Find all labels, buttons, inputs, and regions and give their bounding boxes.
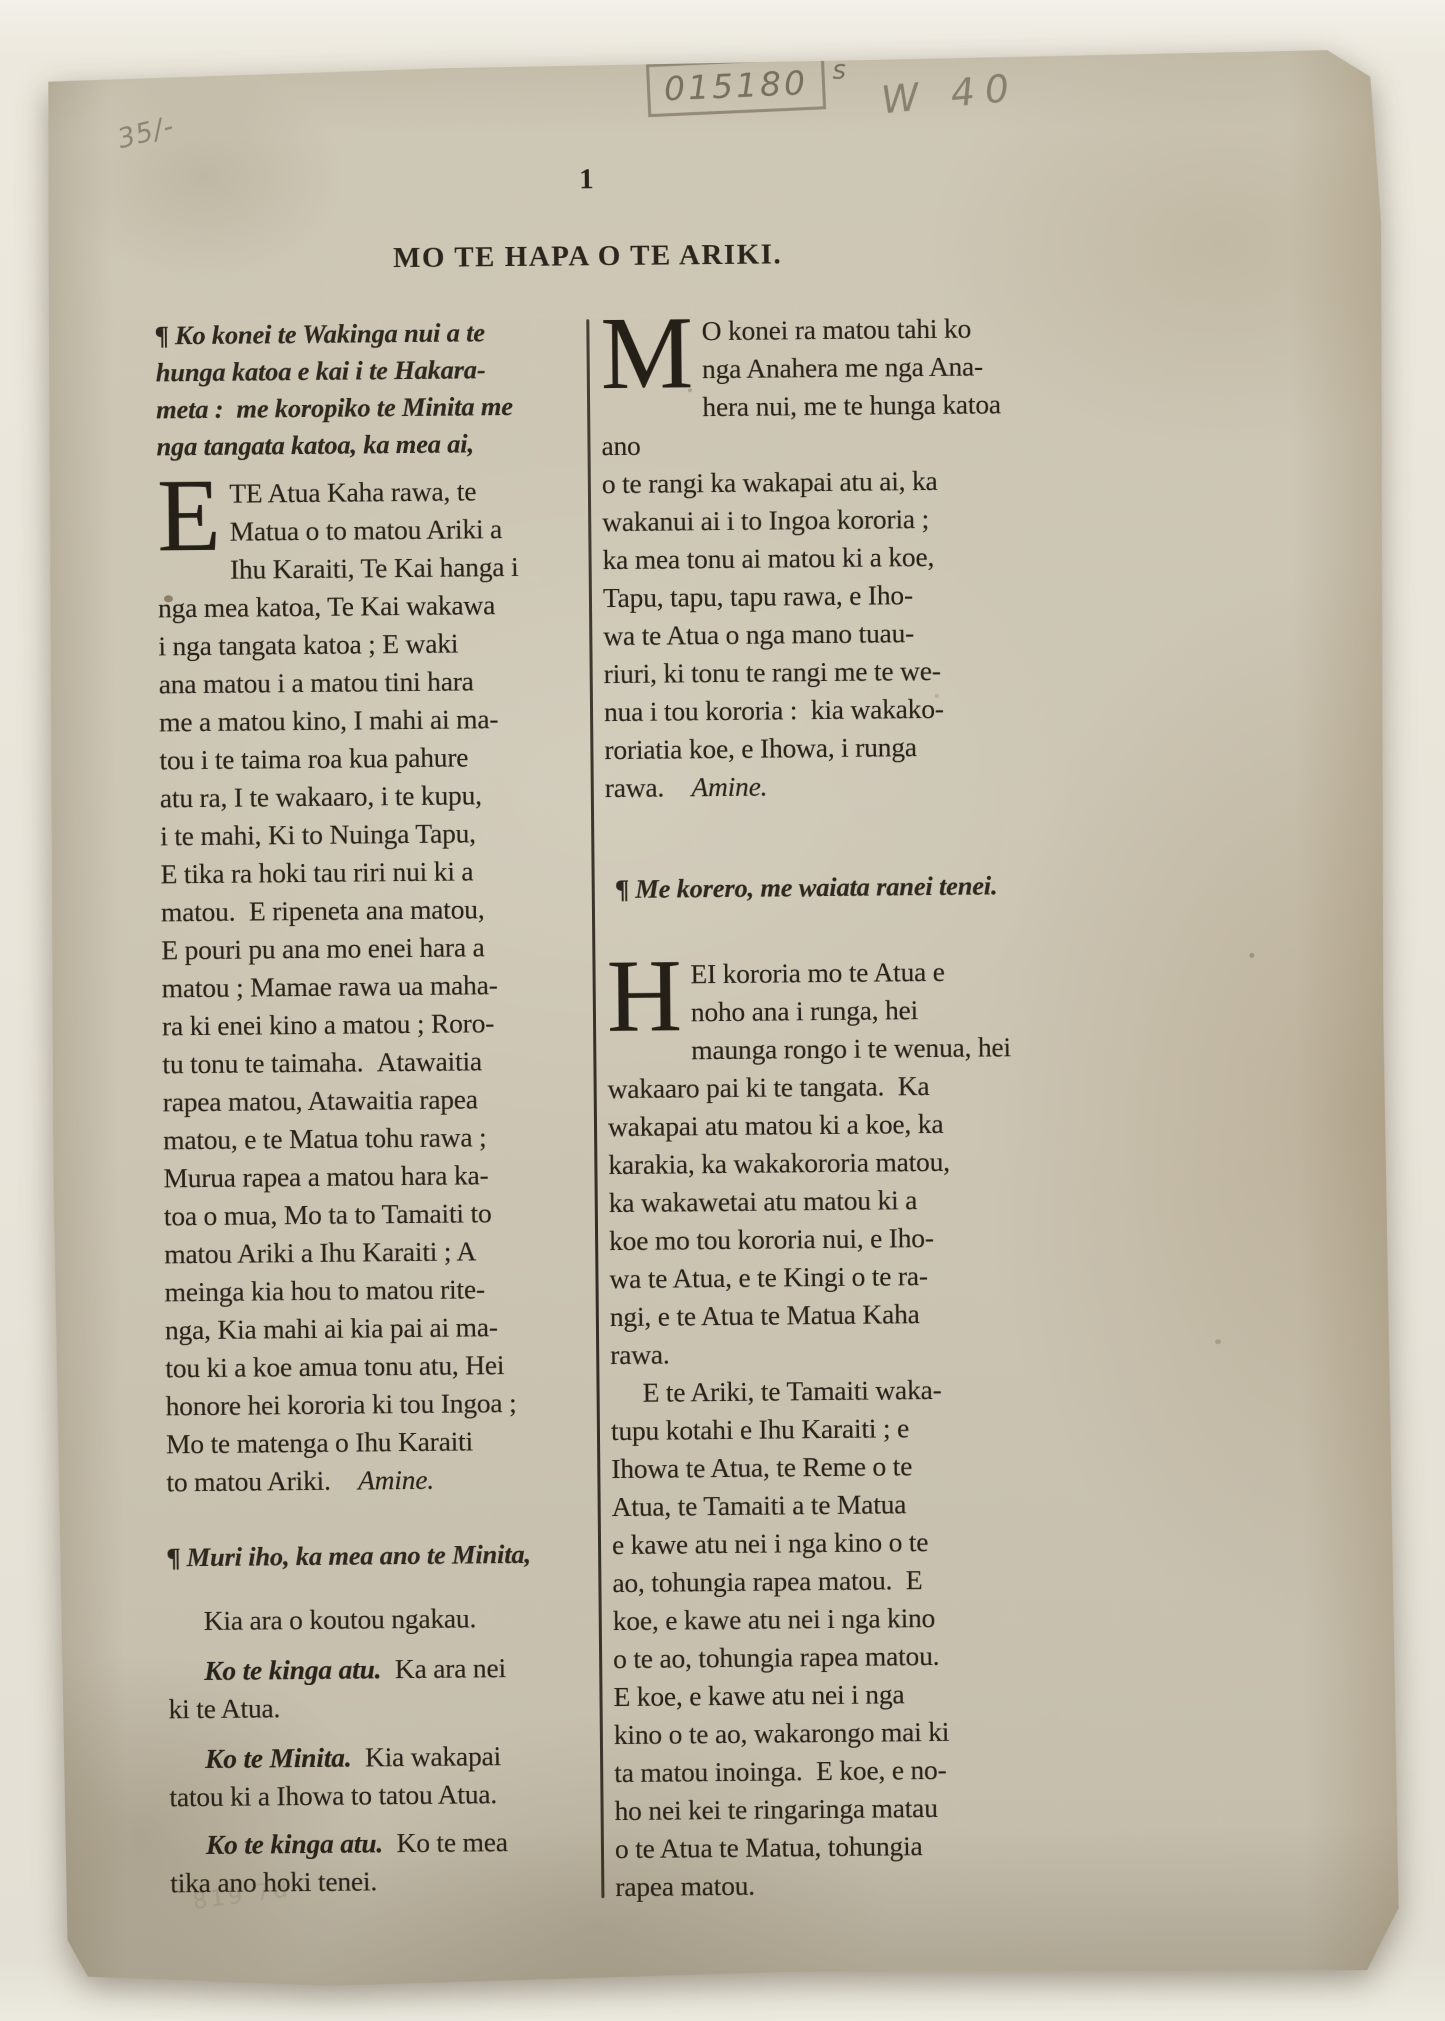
two-column-layout: ¶ Ko konei te Wakinga nui a te hunga kat… (155, 309, 1036, 1910)
versicle-1: Kia ara o koutou ngakau. (168, 1598, 586, 1640)
scanned-page: 35/- 015180s W 40 819 7d 1 MO TE HAPA O … (43, 50, 1399, 1989)
versicle-3-speaker: Ko te Minita. (205, 1742, 352, 1774)
amen-text: Amine. (664, 771, 768, 803)
text-block: 1 MO TE HAPA O TE ARIKI. ¶ Ko konei te W… (153, 81, 1036, 1910)
page-title: MO TE HAPA O TE ARIKI. (154, 192, 1021, 277)
versicle-4: Ko te kinga atu. Ko te mea tika ano hoki… (170, 1822, 589, 1902)
paper-sheet: 35/- 015180s W 40 819 7d 1 MO TE HAPA O … (43, 50, 1399, 1989)
rubric-exhortation: ¶ Ko konei te Wakinga nui a te hunga kat… (155, 313, 574, 465)
scan-backdrop: { "annotations": { "price": "35/-", "acc… (0, 0, 1445, 2021)
drop-cap-H: H (606, 957, 682, 1036)
agnus-dei-prayer: E te Ariki, te Tamaiti waka- tupu kotahi… (610, 1370, 1033, 1906)
gloria-prayer: HEI kororia mo te Atua e noho ana i rung… (606, 952, 1028, 1374)
fox-spot (1215, 1339, 1221, 1344)
page-number: 1 (153, 81, 1020, 200)
drop-cap-M: M (600, 314, 693, 393)
confession-prayer: ETE Atua Kaha rawa, te Matua o to matou … (157, 471, 585, 1501)
versicle-4-speaker: Ko te kinga atu. (206, 1827, 383, 1860)
left-column: ¶ Ko konei te Wakinga nui a te hunga kat… (155, 313, 588, 1902)
rubric-say-or-sing: ¶ Me korero, me waiata ranei tenei. (606, 867, 1024, 908)
fox-spot (1249, 953, 1254, 958)
accession-suffix: s (832, 55, 847, 86)
rubric-minister: ¶ Muri iho, ka mea ano te Minita, (167, 1535, 585, 1576)
sanctus-prayer: MO konei ra matou tahi ko nga Anahera me… (600, 309, 1023, 807)
amen-text: Amine. (331, 1464, 435, 1496)
confession-prayer-text: TE Atua Kaha rawa, te Matua o to matou A… (158, 475, 519, 1497)
versicle-3: Ko te Minita. Kia wakapai tatou ki a Iho… (169, 1736, 588, 1816)
versicle-2-speaker: Ko te kinga atu. (204, 1653, 381, 1686)
right-column: MO konei ra matou tahi ko nga Anahera me… (600, 309, 1033, 1906)
drop-cap-E: E (157, 477, 221, 556)
versicle-2: Ko te kinga atu. Ka ara nei ki te Atua. (168, 1648, 587, 1728)
